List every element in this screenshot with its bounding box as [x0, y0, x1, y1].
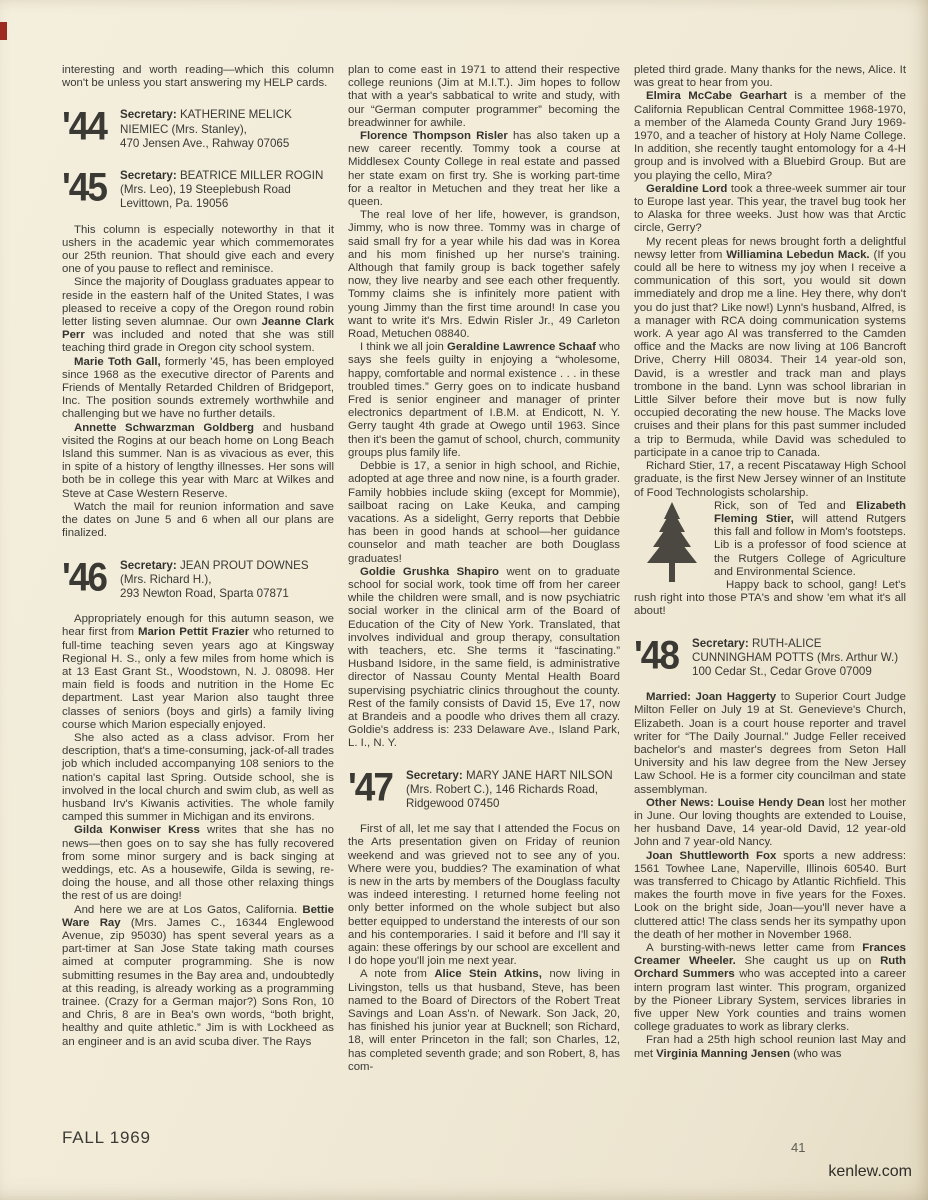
- paragraph: I think we all join Geraldine Lawrence S…: [348, 341, 620, 460]
- class-year-heading: '45Secretary: BEATRICE MILLER ROGIN(Mrs.…: [62, 168, 334, 212]
- secretary-line: Secretary: RUTH-ALICE: [692, 637, 906, 651]
- secretary-line: Secretary: BEATRICE MILLER ROGIN: [120, 169, 334, 183]
- person-name: Frances Creamer Wheeler.: [634, 942, 906, 967]
- secretary-info: Secretary: KATHERINE MELICKNIEMIEC (Mrs.…: [120, 107, 334, 151]
- person-name: Secretary:: [120, 559, 177, 572]
- paragraph: Joan Shuttleworth Fox sports a new addre…: [634, 850, 906, 942]
- tree-paragraph: Rick, son of Ted and Elizabeth Fleming S…: [634, 500, 906, 579]
- paragraph: Appropriately enough for this autumn sea…: [62, 613, 334, 732]
- person-name: Virginia Manning Jensen: [656, 1048, 790, 1060]
- class-year-label: '47: [348, 768, 406, 807]
- column-2: plan to come east in 1971 to attend thei…: [348, 64, 620, 1074]
- person-name: Married: Joan Haggerty: [646, 691, 776, 703]
- person-name: Williamina Lebedun Mack.: [726, 249, 869, 261]
- paragraph: pleted third grade. Many thanks for the …: [634, 64, 906, 90]
- paragraph: She also acted as a class advisor. From …: [62, 732, 334, 824]
- person-name: Alice Stein Atkins,: [434, 968, 542, 980]
- column-3: pleted third grade. Many thanks for the …: [634, 64, 906, 1074]
- pine-tree-icon: [640, 502, 704, 584]
- paragraph: Other News: Louise Hendy Dean lost her m…: [634, 797, 906, 850]
- secretary-line: (Mrs. Leo), 19 Steeplebush Road: [120, 183, 334, 197]
- magazine-page: interesting and worth reading—which this…: [0, 0, 928, 1200]
- secretary-line: 293 Newton Road, Sparta 07871: [120, 587, 334, 601]
- class-year-heading: '48Secretary: RUTH-ALICECUNNINGHAM POTTS…: [634, 636, 906, 680]
- paragraph: Gilda Konwiser Kress writes that she has…: [62, 824, 334, 903]
- class-year-heading: '47Secretary: MARY JANE HART NILSON(Mrs.…: [348, 768, 620, 812]
- scan-corner-mark: [0, 22, 7, 40]
- person-name: Marie Toth Gall,: [74, 356, 161, 368]
- person-name: Florence Thompson Risler: [360, 130, 508, 142]
- person-name: Elizabeth Fleming Stier,: [714, 500, 906, 525]
- secretary-line: Levittown, Pa. 19056: [120, 197, 334, 211]
- person-name: Geraldine Lawrence Schaaf: [447, 341, 596, 353]
- page-content: interesting and worth reading—which this…: [62, 64, 906, 1074]
- secretary-line: Secretary: KATHERINE MELICK: [120, 108, 334, 122]
- paragraph: Goldie Grushka Shapiro went on to gradua…: [348, 566, 620, 751]
- column-1: interesting and worth reading—which this…: [62, 64, 334, 1074]
- secretary-line: Ridgewood 07450: [406, 797, 620, 811]
- paragraph: The real love of her life, however, is g…: [348, 209, 620, 341]
- person-name: Gilda Konwiser Kress: [74, 824, 200, 836]
- person-name: Marion Pettit Frazier: [138, 626, 249, 638]
- person-name: Goldie Grushka Shapiro: [360, 566, 499, 578]
- class-year-heading: '44Secretary: KATHERINE MELICKNIEMIEC (M…: [62, 107, 334, 151]
- person-name: Joan Shuttleworth Fox: [646, 850, 776, 862]
- person-name: Other News: Louise Hendy Dean: [646, 797, 825, 809]
- class-year-label: '45: [62, 168, 120, 207]
- secretary-line: NIEMIEC (Mrs. Stanley),: [120, 123, 334, 137]
- class-year-heading: '46Secretary: JEAN PROUT DOWNES(Mrs. Ric…: [62, 558, 334, 602]
- person-name: Secretary:: [120, 108, 177, 121]
- paragraph: Watch the mail for reunion information a…: [62, 501, 334, 541]
- page-number: 41: [791, 1140, 805, 1155]
- person-name: Geraldine Lord: [646, 183, 727, 195]
- person-name: Jeanne Clark Perr: [62, 316, 334, 341]
- secretary-line: (Mrs. Richard H.),: [120, 573, 334, 587]
- secretary-line: Secretary: MARY JANE HART NILSON: [406, 769, 620, 783]
- class-year-label: '46: [62, 558, 120, 597]
- secretary-info: Secretary: MARY JANE HART NILSON(Mrs. Ro…: [406, 768, 620, 812]
- class-year-label: '48: [634, 636, 692, 675]
- paragraph: A note from Alice Stein Atkins, now livi…: [348, 968, 620, 1074]
- secretary-line: 100 Cedar St., Cedar Grove 07009: [692, 665, 906, 679]
- paragraph: Geraldine Lord took a three-week summer …: [634, 183, 906, 236]
- paragraph: My recent pleas for news brought forth a…: [634, 236, 906, 460]
- paragraph: plan to come east in 1971 to attend thei…: [348, 64, 620, 130]
- footer-issue-label: FALL 1969: [62, 1128, 151, 1148]
- paragraph: Richard Stier, 17, a recent Piscataway H…: [634, 460, 906, 500]
- secretary-line: 470 Jensen Ave., Rahway 07065: [120, 137, 334, 151]
- watermark: kenlew.com: [828, 1163, 912, 1181]
- secretary-info: Secretary: JEAN PROUT DOWNES(Mrs. Richar…: [120, 558, 334, 602]
- secretary-line: CUNNINGHAM POTTS (Mrs. Arthur W.): [692, 651, 906, 665]
- person-name: Annette Schwarzman Goldberg: [74, 422, 254, 434]
- paragraph: Happy back to school, gang! Let's rush r…: [634, 579, 906, 619]
- paragraph: First of all, let me say that I attended…: [348, 823, 620, 968]
- paragraph: This column is especially noteworthy in …: [62, 224, 334, 277]
- person-name: Bettie Ware Ray: [62, 904, 334, 929]
- paragraph: And here we are at Los Gatos, California…: [62, 904, 334, 1049]
- person-name: Secretary:: [406, 769, 463, 782]
- paragraph: Fran had a 25th high school reunion last…: [634, 1034, 906, 1060]
- person-name: Elmira McCabe Gearhart: [646, 90, 787, 102]
- paragraph: Elmira McCabe Gearhart is a member of th…: [634, 90, 906, 182]
- paragraph: Married: Joan Haggerty to Superior Court…: [634, 691, 906, 797]
- paragraph: Debbie is 17, a senior in high school, a…: [348, 460, 620, 566]
- paragraph: Since the majority of Douglass graduates…: [62, 276, 334, 355]
- class-year-label: '44: [62, 107, 120, 146]
- paragraph: Annette Schwarzman Goldberg and husband …: [62, 422, 334, 501]
- paragraph: Marie Toth Gall, formerly '45, has been …: [62, 356, 334, 422]
- secretary-line: (Mrs. Robert C.), 146 Richards Road,: [406, 783, 620, 797]
- paragraph: interesting and worth reading—which this…: [62, 64, 334, 90]
- paragraph: A bursting-with-news letter came from Fr…: [634, 942, 906, 1034]
- person-name: Secretary:: [120, 169, 177, 182]
- secretary-info: Secretary: RUTH-ALICECUNNINGHAM POTTS (M…: [692, 636, 906, 680]
- secretary-info: Secretary: BEATRICE MILLER ROGIN(Mrs. Le…: [120, 168, 334, 212]
- person-name: Secretary:: [692, 637, 749, 650]
- secretary-line: Secretary: JEAN PROUT DOWNES: [120, 559, 334, 573]
- paragraph: Florence Thompson Risler has also taken …: [348, 130, 620, 209]
